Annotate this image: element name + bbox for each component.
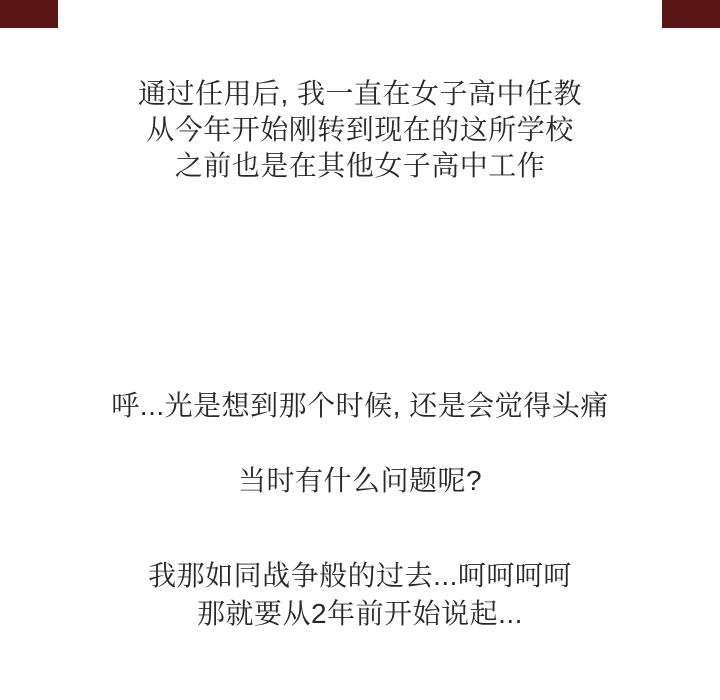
- speech-line: 呼...光是想到那个时候, 还是会觉得头痛: [0, 388, 720, 424]
- speech-block-4: 我那如同战争般的过去...呵呵呵呵 那就要从2年前开始说起...: [0, 557, 720, 633]
- speech-line: 我那如同战争般的过去...呵呵呵呵: [0, 557, 720, 595]
- speech-block-2: 呼...光是想到那个时候, 还是会觉得头痛: [0, 388, 720, 424]
- speech-block-3: 当时有什么问题呢?: [0, 463, 720, 499]
- webtoon-page: 通过任用后, 我一直在女子高中任教 从今年开始刚转到现在的这所学校 之前也是在其…: [0, 0, 720, 700]
- speech-line: 之前也是在其他女子高中工作: [0, 148, 720, 184]
- speech-line: 从今年开始刚转到现在的这所学校: [0, 112, 720, 148]
- speech-block-1: 通过任用后, 我一直在女子高中任教 从今年开始刚转到现在的这所学校 之前也是在其…: [0, 76, 720, 184]
- speech-line: 通过任用后, 我一直在女子高中任教: [0, 76, 720, 112]
- speech-line: 当时有什么问题呢?: [0, 463, 720, 499]
- panel-fragment-top-right: [662, 0, 720, 28]
- panel-fragment-top-left: [0, 0, 58, 28]
- speech-line: 那就要从2年前开始说起...: [0, 595, 720, 633]
